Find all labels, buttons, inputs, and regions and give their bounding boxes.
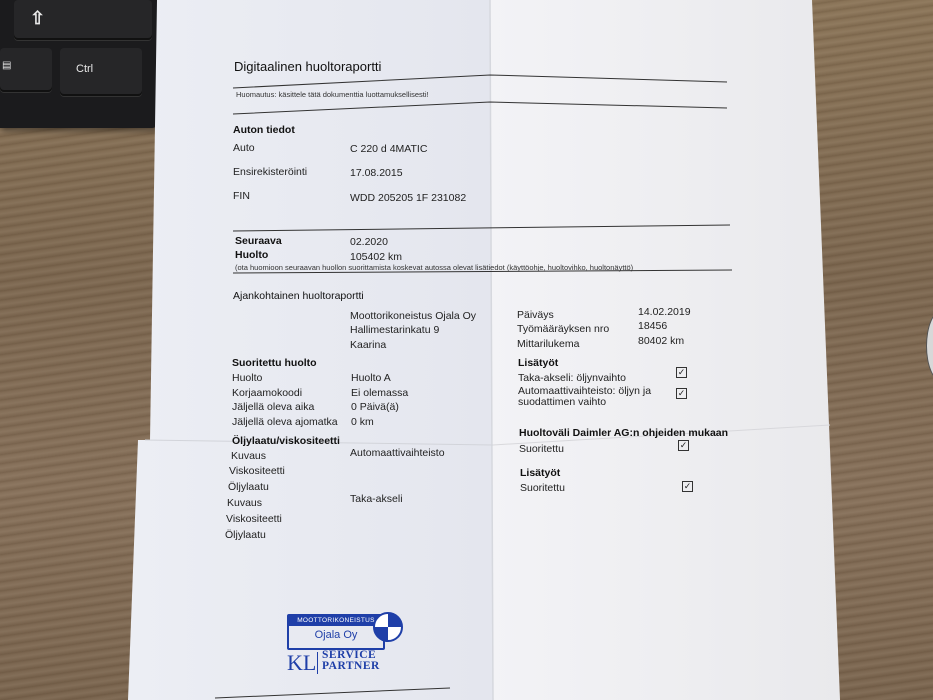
checkmark-icon: ✓ xyxy=(680,440,688,450)
next-service-note: (ota huomioon seuraavan huollon suoritta… xyxy=(235,263,633,272)
vehicle-value-registration: 17.08.2015 xyxy=(350,167,403,179)
performed-label-code: Korjaamokoodi xyxy=(232,387,302,399)
vehicle-value-fin: WDD 205205 1F 231082 xyxy=(350,192,466,204)
oil-kuvaus-value-2: Taka-akseli xyxy=(350,493,403,505)
meta-label-order: Työmääräyksen nro xyxy=(517,323,609,335)
meta-label-odometer: Mittarilukema xyxy=(517,338,579,350)
oil-quality-label-1: Öljylaatu xyxy=(228,481,269,493)
vehicle-label-fin: FIN xyxy=(233,190,250,202)
oil-heading: Öljylaatu/viskositeetti xyxy=(232,435,340,447)
next-service-label-1: Seuraava xyxy=(235,235,282,247)
checkmark-icon: ✓ xyxy=(678,367,686,377)
meta-label-date: Päiväys xyxy=(517,309,554,321)
workshop-name: Moottorikoneistus Ojala Oy xyxy=(350,310,476,322)
performed-service-heading: Suoritettu huolto xyxy=(232,357,317,369)
vehicle-heading: Auton tiedot xyxy=(233,124,295,136)
meta-value-odometer: 80402 km xyxy=(638,335,684,347)
extra-work2-checkbox[interactable]: ✓ xyxy=(682,481,693,492)
interval-heading: Huoltoväli Daimler AG:n ohjeiden mukaan xyxy=(519,427,728,439)
extra-work2-label: Suoritettu xyxy=(520,482,565,494)
interval-label: Suoritettu xyxy=(519,443,564,455)
oil-kuvaus-label-2: Kuvaus xyxy=(227,497,262,509)
stamp-box: MOOTTORIKONEISTUS Ojala Oy xyxy=(287,614,385,650)
workshop-city: Kaarina xyxy=(350,339,386,351)
current-report-heading: Ajankohtainen huoltoraportti xyxy=(233,290,364,302)
document-title: Digitaalinen huoltoraportti xyxy=(234,59,381,74)
stamp-divider xyxy=(317,652,318,674)
oil-viscosity-label-1: Viskositeetti xyxy=(229,465,285,477)
vehicle-value-auto: C 220 d 4MATIC xyxy=(350,143,427,155)
vehicle-label-auto: Auto xyxy=(233,142,255,154)
next-service-label-2: Huolto xyxy=(235,249,268,261)
stamp-band: MOOTTORIKONEISTUS xyxy=(289,616,383,626)
interval-checkbox[interactable]: ✓ xyxy=(678,440,689,451)
stamp-service-partner: SERVICE PARTNER xyxy=(322,650,380,672)
performed-value-distance-left: 0 km xyxy=(351,416,374,428)
performed-label-distance-left: Jäljellä oleva ajomatka xyxy=(232,416,338,428)
extra-work-item-rear-axle: Taka-akseli: öljynvaihto xyxy=(518,372,626,384)
oil-quality-label-2: Öljylaatu xyxy=(225,529,266,541)
confidential-notice: Huomautus: käsittele tätä dokumenttia lu… xyxy=(236,90,429,99)
extra-work-rear-axle-checkbox[interactable]: ✓ xyxy=(676,367,687,378)
workshop-stamp: MOOTTORIKONEISTUS Ojala Oy KL SERVICE PA… xyxy=(287,612,407,676)
stamp-service-line2: PARTNER xyxy=(322,661,380,672)
stamp-name: Ojala Oy xyxy=(289,629,383,641)
oil-kuvaus-label-1: Kuvaus xyxy=(231,450,266,462)
extra-work-item-gearbox-2: suodattimen vaihto xyxy=(518,397,606,408)
vehicle-label-registration: Ensirekisteröinti xyxy=(233,166,307,178)
performed-value-code: Ei olemassa xyxy=(351,387,408,399)
performed-label-time-left: Jäljellä oleva aika xyxy=(232,401,314,413)
extra-work-gearbox-checkbox[interactable]: ✓ xyxy=(676,388,687,399)
performed-label-service: Huolto xyxy=(232,372,262,384)
extra-work2-heading: Lisätyöt xyxy=(520,467,560,479)
roundel-logo-icon xyxy=(373,612,403,642)
workshop-street: Hallimestarinkatu 9 xyxy=(350,324,439,336)
meta-value-date: 14.02.2019 xyxy=(638,306,691,318)
oil-viscosity-label-2: Viskositeetti xyxy=(226,513,282,525)
extra-work-heading: Lisätyöt xyxy=(518,357,558,369)
stamp-kl-logo: KL xyxy=(287,650,316,676)
performed-value-time-left: 0 Päivä(ä) xyxy=(351,401,399,413)
checkmark-icon: ✓ xyxy=(678,388,686,398)
checkmark-icon: ✓ xyxy=(684,481,692,491)
next-service-date: 02.2020 xyxy=(350,236,388,248)
oil-kuvaus-value-1: Automaattivaihteisto xyxy=(350,447,445,459)
meta-value-order: 18456 xyxy=(638,320,667,332)
next-service-km: 105402 km xyxy=(350,251,402,263)
paper-sheet xyxy=(0,0,933,700)
performed-value-service: Huolto A xyxy=(351,372,391,384)
